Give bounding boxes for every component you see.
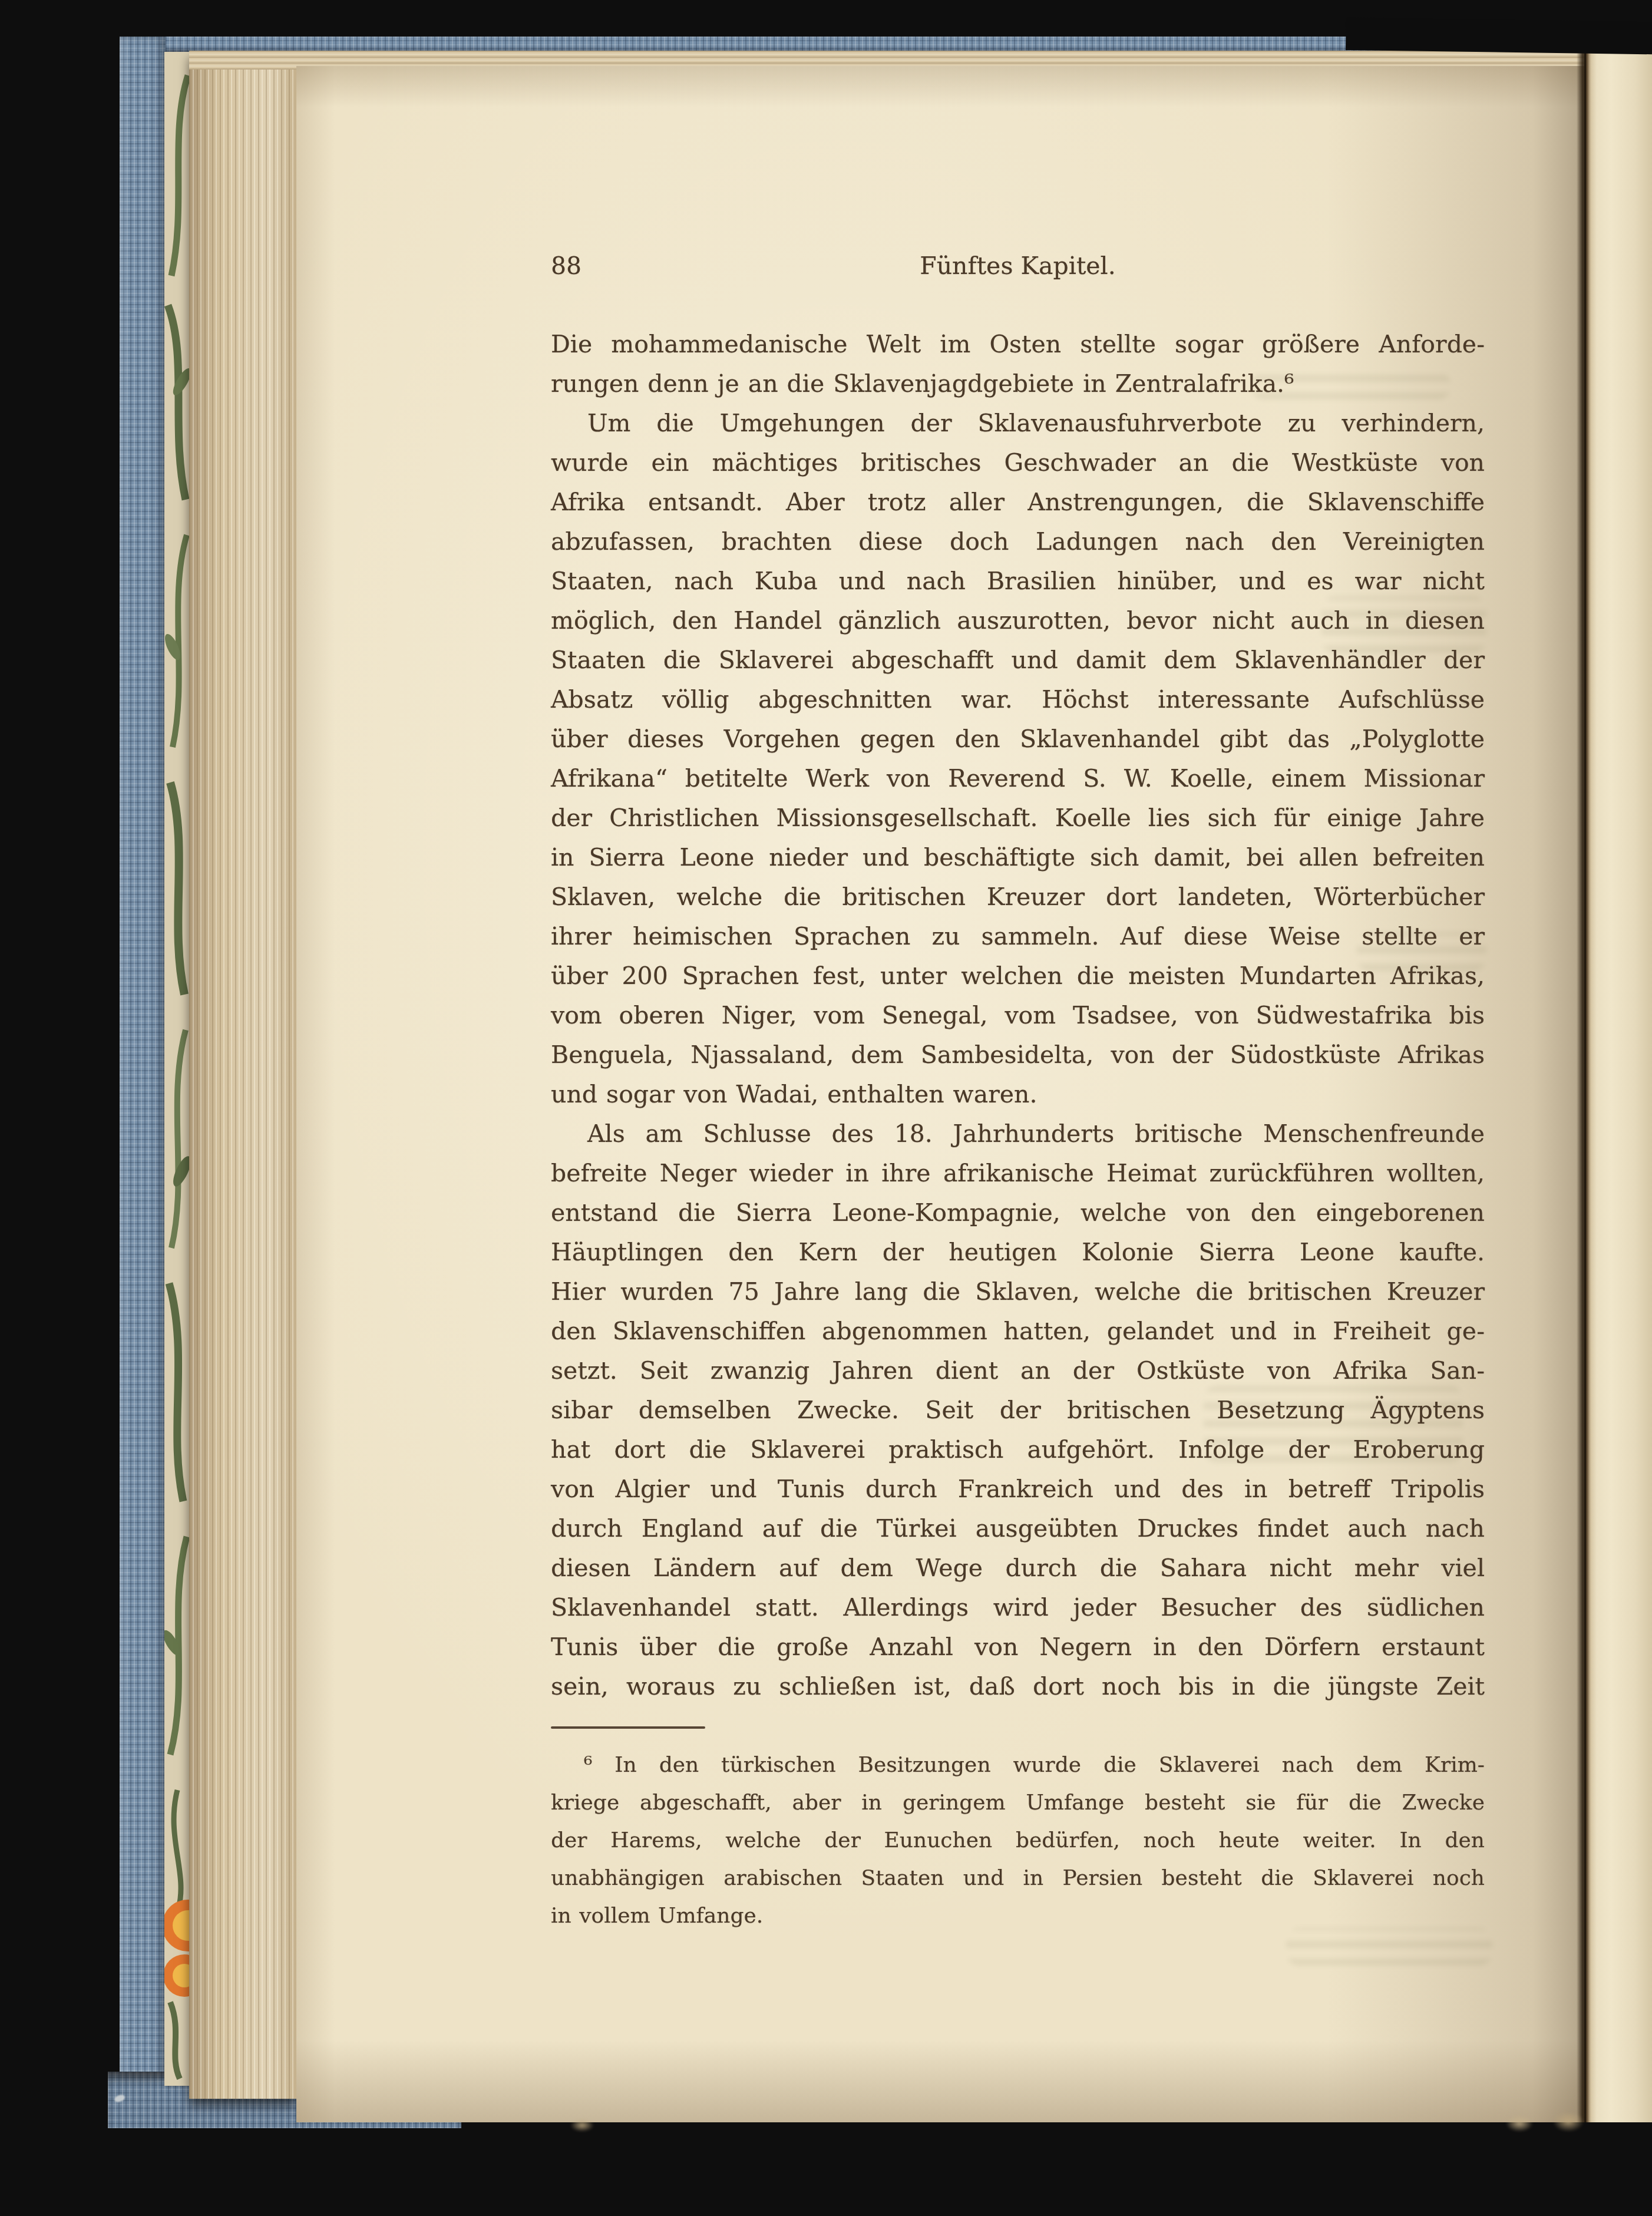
text-line: Die mohammedanische Welt im Osten stellt…	[551, 325, 1485, 364]
text-line: möglich, den Handel gänzlich auszurotten…	[551, 601, 1485, 640]
page-header: 88 Fünftes Kapitel.	[551, 246, 1485, 286]
gutter-shadow	[1577, 50, 1590, 2122]
text-line: über dieses Vorgehen gegen den Sklavenha…	[551, 719, 1485, 759]
text-line: den Sklavenschiffen abgenommen hatten, g…	[551, 1312, 1485, 1351]
book-page: 88 Fünftes Kapitel. Die mohammedanische …	[296, 66, 1584, 2122]
endpaper-foliage-art	[164, 52, 190, 2086]
text-line: Hier wurden 75 Jahre lang die Sklaven, w…	[551, 1272, 1485, 1312]
text-line: kriege abgeschafft, aber in geringem Umf…	[551, 1784, 1485, 1822]
page-block-fore-edge	[189, 51, 296, 2099]
page-number: 88	[551, 246, 581, 286]
text-line: rungen denn je an die Sklavenjagdgebiete…	[551, 364, 1485, 404]
text-line: Absatz völlig abgeschnitten war. Höchst …	[551, 680, 1485, 719]
binding-fiber-tuft	[570, 2119, 594, 2132]
text-line: hat dort die Sklaverei praktisch aufgehö…	[551, 1430, 1485, 1469]
text-line: Tunis über die große Anzahl von Negern i…	[551, 1627, 1485, 1667]
text-line: vom oberen Niger, vom Senegal, vom Tsads…	[551, 996, 1485, 1035]
footnote-separator-rule	[551, 1726, 705, 1729]
text-line: der Harems, welche der Eunuchen bedürfen…	[551, 1822, 1485, 1860]
text-line: unabhängigen arabischen Staaten und in P…	[551, 1860, 1485, 1897]
text-line: sibar demselben Zwecke. Seit der britisc…	[551, 1391, 1485, 1430]
text-line: diesen Ländern auf dem Wege durch die Sa…	[551, 1548, 1485, 1588]
text-line: Als am Schlusse des 18. Jahrhunderts bri…	[551, 1114, 1485, 1154]
main-text: Die mohammedanische Welt im Osten stellt…	[551, 325, 1485, 1706]
text-line: durch England auf die Türkei ausgeübten …	[551, 1509, 1485, 1548]
text-line: Afrika entsandt. Aber trotz aller Anstre…	[551, 483, 1485, 522]
text-line: befreite Neger wieder in ihre afrikanisc…	[551, 1154, 1485, 1193]
text-line: von Algier und Tunis durch Frankreich un…	[551, 1469, 1485, 1509]
text-line: Staaten, nach Kuba und nach Brasilien hi…	[551, 562, 1485, 601]
binding-fiber-tuft	[1553, 2112, 1584, 2132]
book-photo: 88 Fünftes Kapitel. Die mohammedanische …	[0, 0, 1652, 2216]
text-line: Staaten die Sklaverei abgeschafft und da…	[551, 640, 1485, 680]
text-line: über 200 Sprachen fest, unter welchen di…	[551, 956, 1485, 996]
text-line: und sogar von Wadai, enthalten waren.	[551, 1075, 1485, 1114]
running-title: Fünftes Kapitel.	[920, 252, 1116, 280]
text-line: wurde ein mächtiges britisches Geschwade…	[551, 443, 1485, 483]
background-shadow-wedge	[1346, 18, 1652, 54]
facing-page-edge	[1586, 49, 1652, 2122]
text-line: Benguela, Njassaland, dem Sambesidelta, …	[551, 1035, 1485, 1075]
text-line: ihrer heimischen Sprachen zu sammeln. Au…	[551, 917, 1485, 956]
text-line: setzt. Seit zwanzig Jahren dient an der …	[551, 1351, 1485, 1391]
footnote-text: ⁶ In den türkischen Besitzungen wurde di…	[551, 1746, 1485, 1935]
text-line: Um die Umgehungen der Sklavenausfuhrverb…	[551, 404, 1485, 443]
text-line: Afrikana“ betitelte Werk von Reverend S.…	[551, 759, 1485, 798]
endpaper-strip	[164, 52, 190, 2086]
text-line: Sklaven, welche die britischen Kreuzer d…	[551, 877, 1485, 917]
text-line: Sklavenhandel statt. Allerdings wird jed…	[551, 1588, 1485, 1627]
book-cover-left-edge	[120, 37, 166, 2094]
text-column: 88 Fünftes Kapitel. Die mohammedanische …	[551, 66, 1485, 1935]
text-line: sein, woraus zu schließen ist, daß dort …	[551, 1667, 1485, 1706]
text-line: in vollem Umfange.	[551, 1897, 1485, 1935]
text-line: in Sierra Leone nieder und beschäftigte …	[551, 838, 1485, 877]
text-line: der Christlichen Missionsgesellschaft. K…	[551, 798, 1485, 838]
text-line: entstand die Sierra Leone-Kompagnie, wel…	[551, 1193, 1485, 1233]
text-line: abzufassen, brachten diese doch Ladungen…	[551, 522, 1485, 562]
binding-fiber-tuft	[1506, 2115, 1533, 2132]
text-line: ⁶ In den türkischen Besitzungen wurde di…	[551, 1746, 1485, 1784]
text-line: Häuptlingen den Kern der heutigen Koloni…	[551, 1233, 1485, 1272]
